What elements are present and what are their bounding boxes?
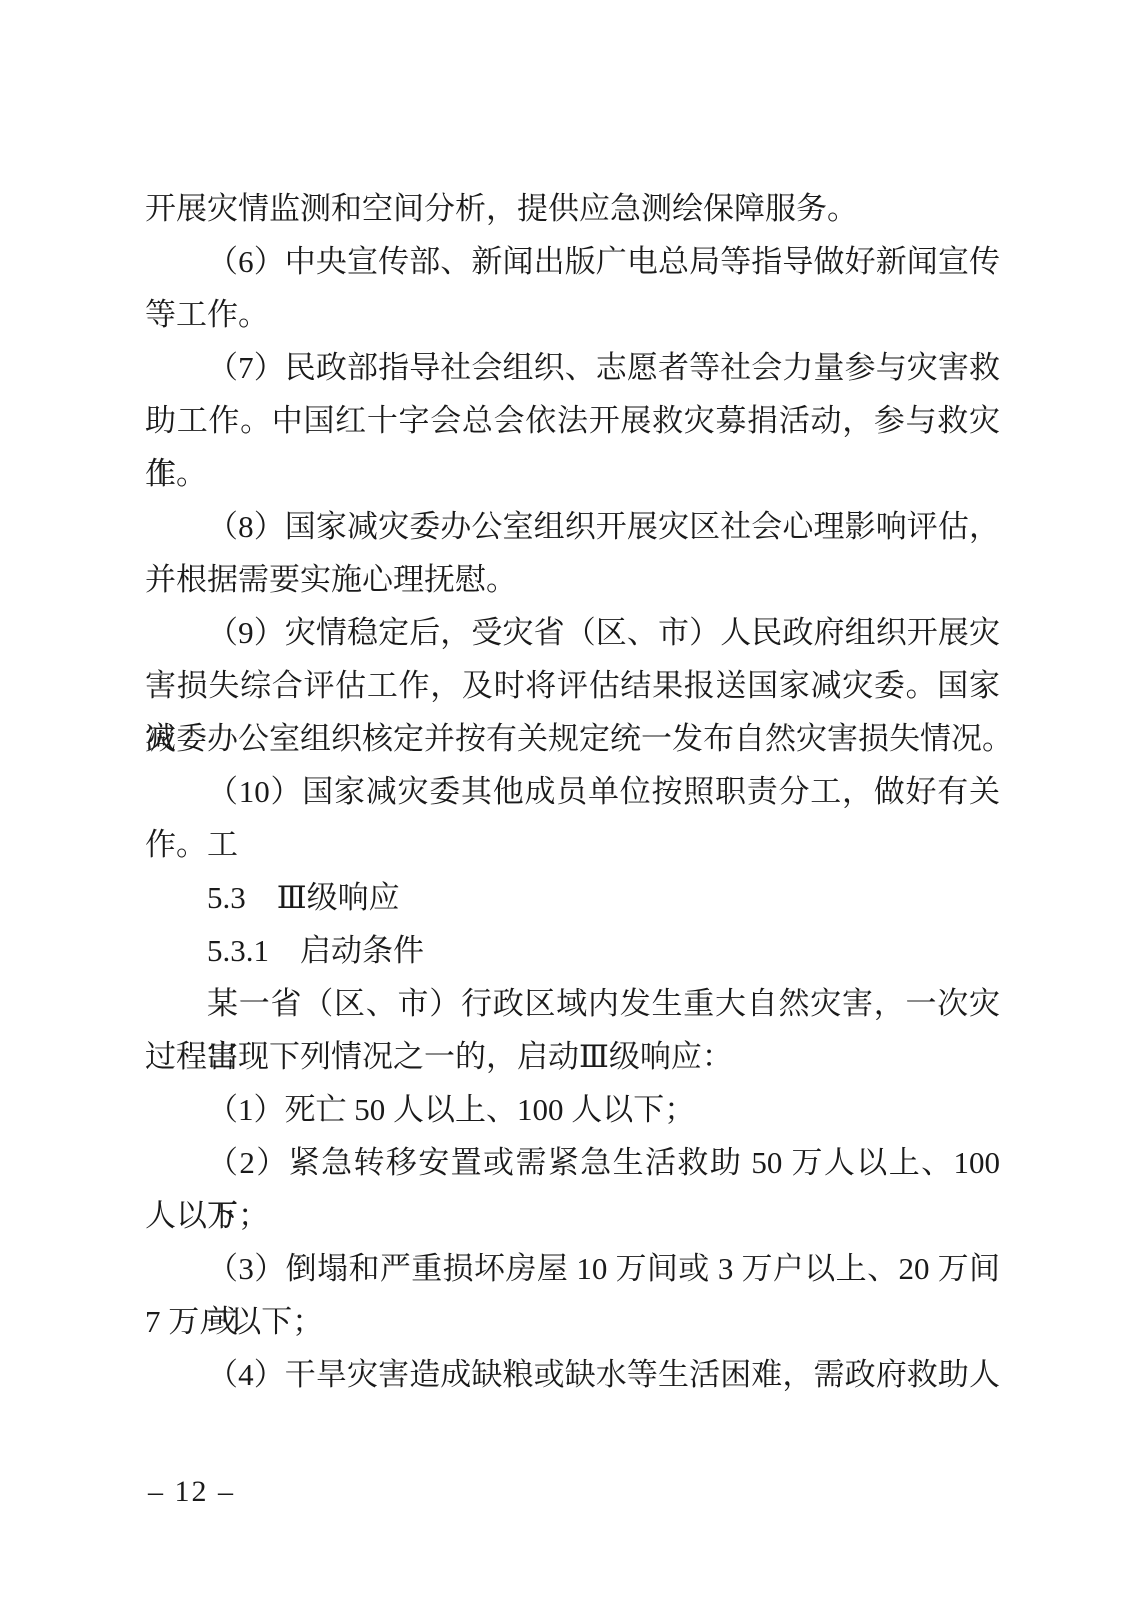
document-line: （9）灾情稳定后，受灾省（区、市）人民政府组织开展灾 bbox=[145, 606, 1000, 659]
document-line: （4）干旱灾害造成缺粮或缺水等生活困难，需政府救助人 bbox=[145, 1348, 1000, 1401]
document-line: 并根据需要实施心理抚慰。 bbox=[145, 553, 1000, 606]
document-line: 灾委办公室组织核定并按有关规定统一发布自然灾害损失情况。 bbox=[145, 712, 1000, 765]
section-heading: 5.3.1 启动条件 bbox=[145, 924, 1000, 977]
document-line: 作。 bbox=[145, 447, 1000, 500]
document-body: 开展灾情监测和空间分析，提供应急测绘保障服务。（6）中央宣传部、新闻出版广电总局… bbox=[145, 182, 1000, 1401]
document-line: （1）死亡 50 人以上、100 人以下； bbox=[145, 1083, 1000, 1136]
document-line: 等工作。 bbox=[145, 288, 1000, 341]
document-line: （8）国家减灾委办公室组织开展灾区社会心理影响评估， bbox=[145, 500, 1000, 553]
document-line: 害损失综合评估工作，及时将评估结果报送国家减灾委。国家减 bbox=[145, 659, 1000, 712]
section-heading: 5.3 Ⅲ级响应 bbox=[145, 871, 1000, 924]
document-line: 7 万户以下； bbox=[145, 1295, 1000, 1348]
document-line: （7）民政部指导社会组织、志愿者等社会力量参与灾害救 bbox=[145, 341, 1000, 394]
document-line: （10）国家减灾委其他成员单位按照职责分工，做好有关工 bbox=[145, 765, 1000, 818]
page-number: – 12 – bbox=[148, 1474, 235, 1510]
document-line: 某一省（区、市）行政区域内发生重大自然灾害，一次灾害 bbox=[145, 977, 1000, 1030]
document-line: 助工作。中国红十字会总会依法开展救灾募捐活动，参与救灾工 bbox=[145, 394, 1000, 447]
document-line: （6）中央宣传部、新闻出版广电总局等指导做好新闻宣传 bbox=[145, 235, 1000, 288]
document-line: 过程出现下列情况之一的，启动Ⅲ级响应： bbox=[145, 1030, 1000, 1083]
document-line: （2）紧急转移安置或需紧急生活救助 50 万人以上、100 万 bbox=[145, 1136, 1000, 1189]
document-line: （3）倒塌和严重损坏房屋 10 万间或 3 万户以上、20 万间或 bbox=[145, 1242, 1000, 1295]
document-line: 开展灾情监测和空间分析，提供应急测绘保障服务。 bbox=[145, 182, 1000, 235]
document-line: 作。 bbox=[145, 818, 1000, 871]
document-page: 开展灾情监测和空间分析，提供应急测绘保障服务。（6）中央宣传部、新闻出版广电总局… bbox=[0, 0, 1131, 1600]
document-line: 人以下； bbox=[145, 1189, 1000, 1242]
